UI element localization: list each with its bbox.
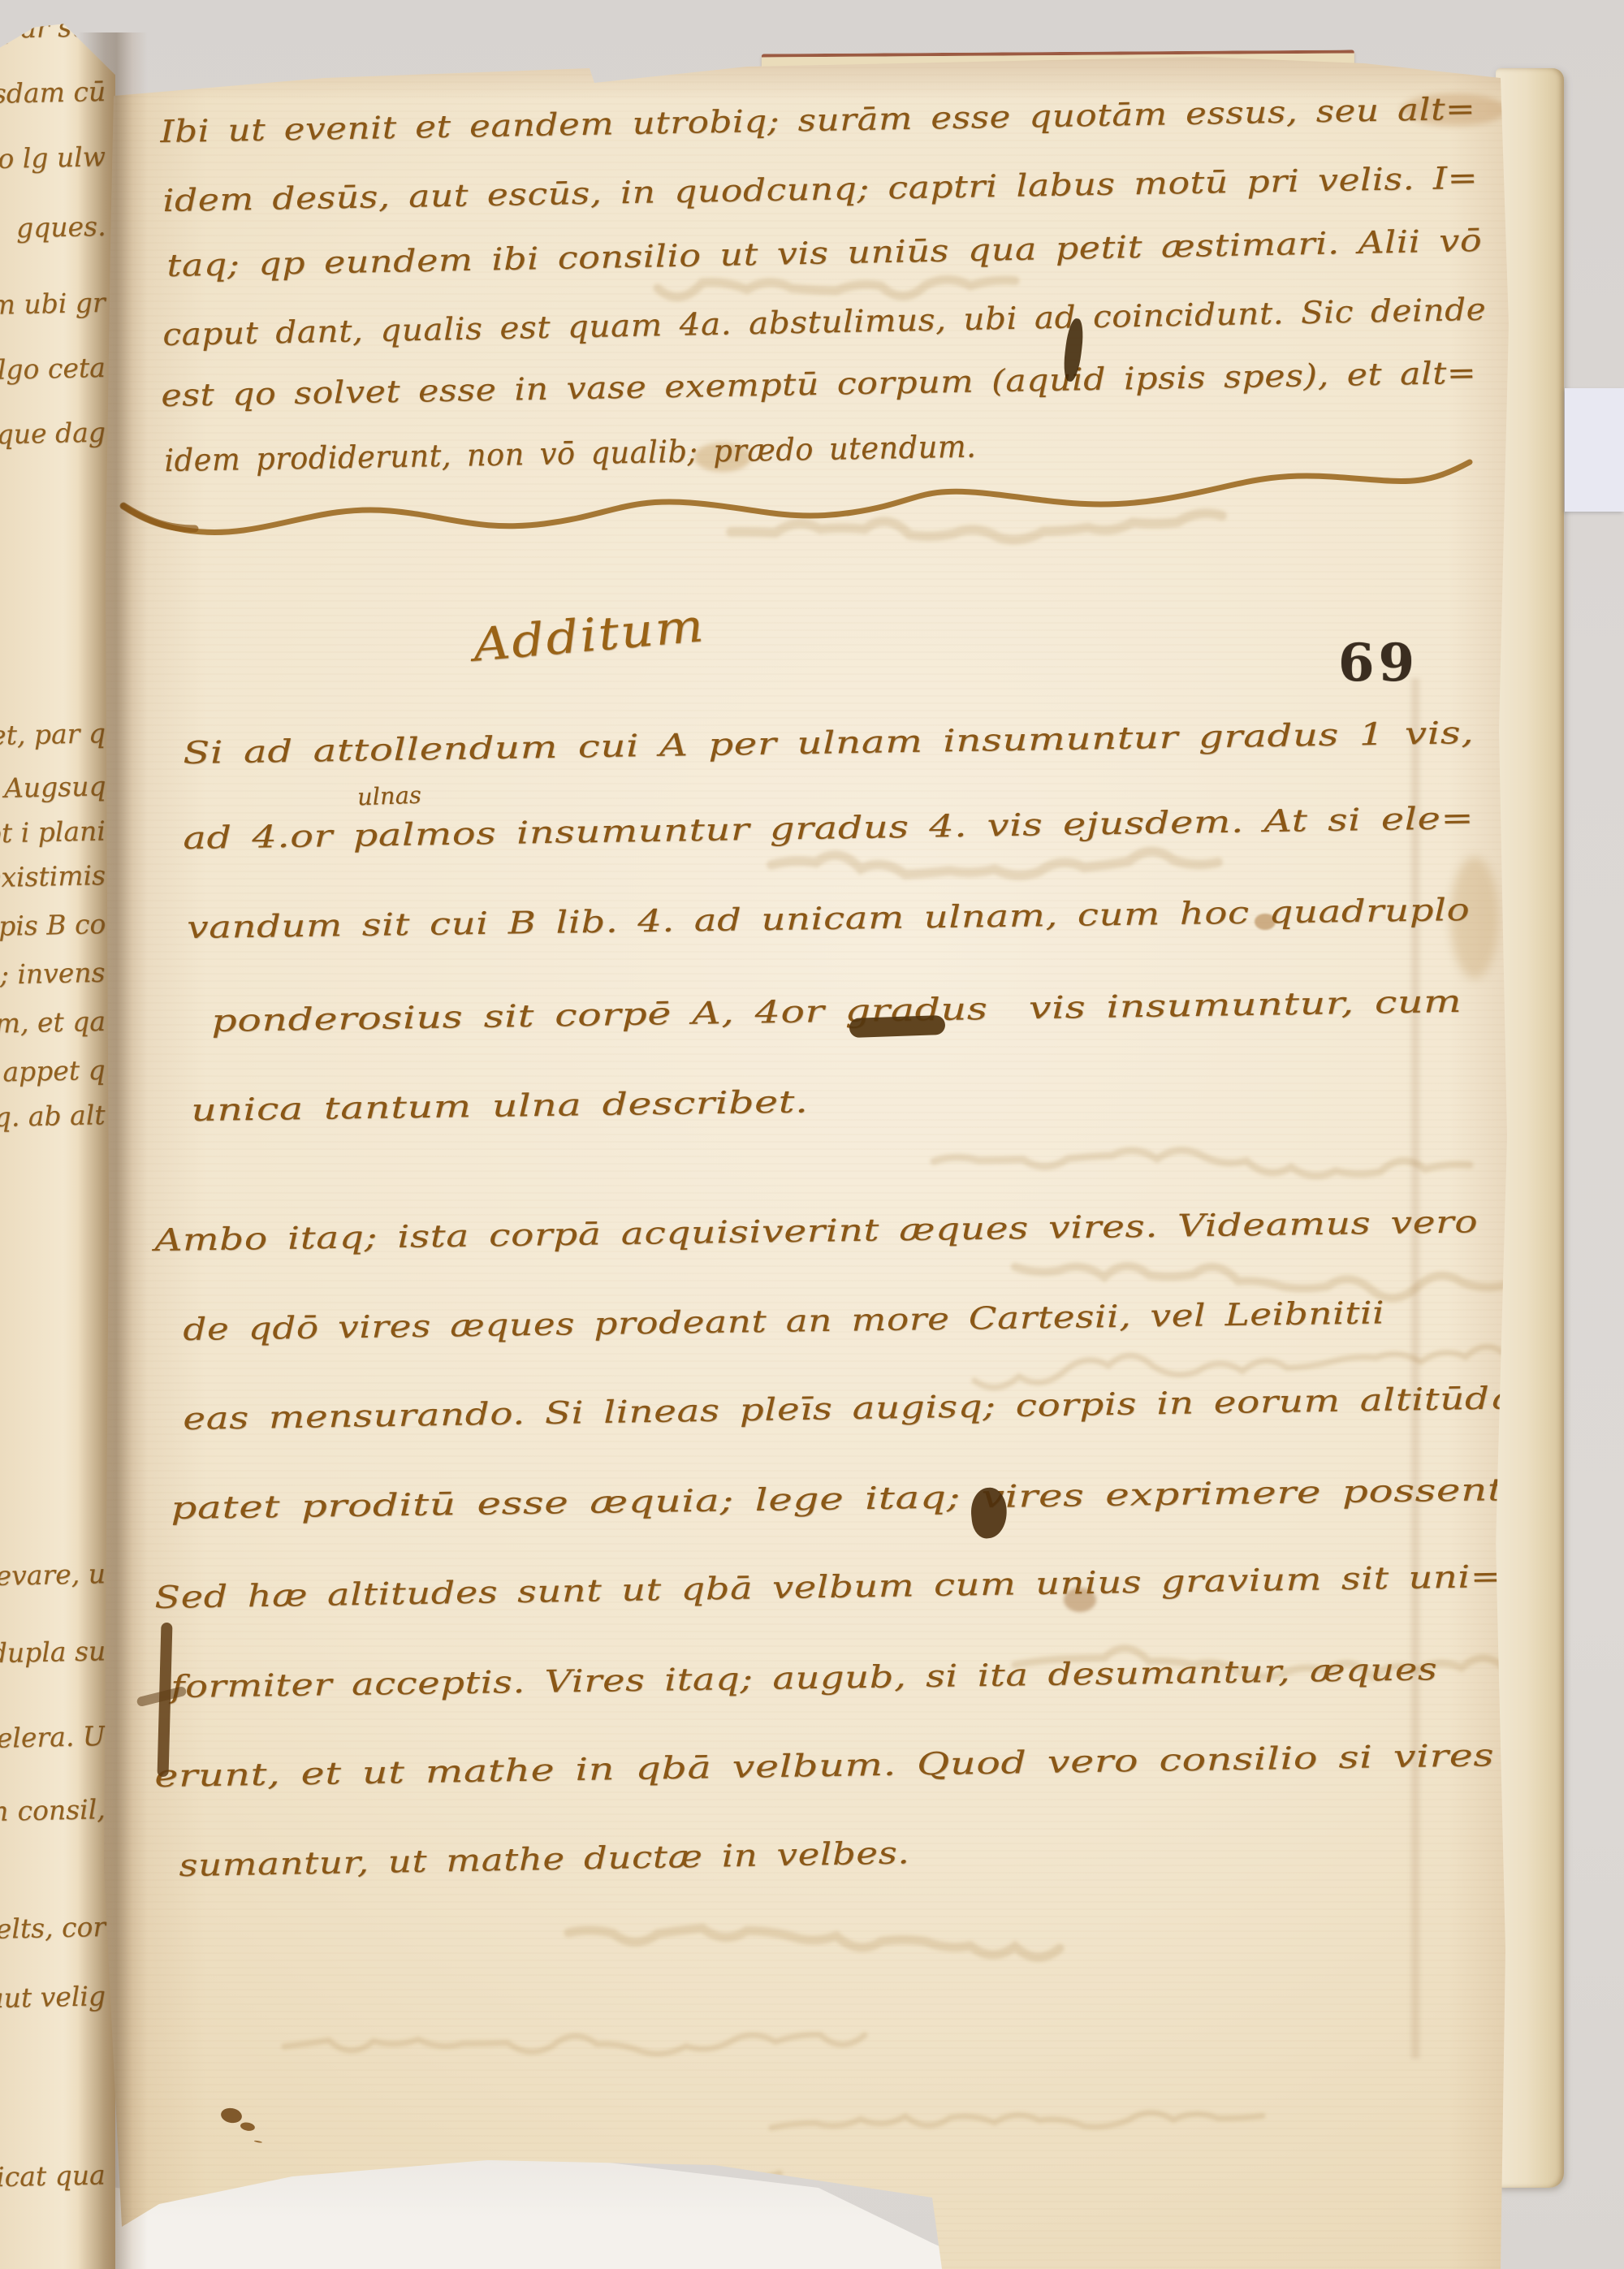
facing-page-line: dicat qua <box>0 2159 106 2193</box>
facing-page-line: a gelgo ceta <box>0 352 106 387</box>
facing-page-line: s devare, u <box>0 1558 106 1593</box>
facing-page-line: ot i plani <box>0 815 106 849</box>
manuscript-line: erunt, et ut mathe in qbā velbum. Quod v… <box>154 1737 1494 1794</box>
manuscript-line: patet proditū esse æquia; lege itaq; vir… <box>171 1472 1518 1526</box>
manuscript-line: Sed hæ altitudes sunt ut qbā velbum cum … <box>154 1558 1502 1615</box>
reference-card <box>1565 388 1624 512</box>
facing-page-line: va selts, cor <box>0 1911 106 1946</box>
facing-page-line: agh consil, <box>0 1793 106 1828</box>
page-number: 69 <box>1338 633 1419 694</box>
manuscript-line: de qdō vires æques prodeant an more Cart… <box>183 1294 1384 1347</box>
facing-page-line: u dupla su <box>0 1635 106 1670</box>
facing-page-line: 4. Augsuq <box>0 770 106 804</box>
facing-page-line: duj par sug <box>0 11 106 45</box>
facing-page-line: inio lg ulw <box>0 140 106 175</box>
manuscript-line: Ambo itaq; ista corpā acquisiverint æque… <box>154 1204 1478 1258</box>
facing-page-line: rocem, et qa <box>0 1005 106 1040</box>
second-paragraph: Ambo itaq; ista corpā acquisiverint æque… <box>89 45 1551 2269</box>
manuscript-line: eas mensurando. Si lineas pleīs augisq; … <box>183 1380 1514 1437</box>
facing-page-line: spet, par q <box>0 717 106 752</box>
manuscript-line: sumantur, ut mathe ductæ in velbes. <box>179 1835 910 1883</box>
facing-page-line: It existimis <box>0 859 106 894</box>
facing-page-line: qbo æque dag <box>0 417 106 452</box>
manuscript-photo: duj par sugd alsdam cūinio lg ulwgques.V… <box>0 0 1624 2269</box>
interlinear-insertion: ulnas <box>356 781 421 811</box>
facing-page-line: nobis; invens <box>0 957 106 992</box>
facing-page-line: Vcum ubi gr <box>0 287 106 322</box>
facing-page-line: corpis B co <box>0 908 106 943</box>
facing-page-line: a. q. ab alt <box>0 1099 106 1134</box>
facing-page-line: in celera. U <box>0 1720 106 1755</box>
facing-page: duj par sugd alsdam cūinio lg ulwgques.V… <box>0 0 115 2269</box>
facing-page-line: x his appet q <box>0 1054 106 1089</box>
facing-page-line: . saut velig <box>0 1980 106 2015</box>
manuscript-line: formiter acceptis. Vires itaq; augub, si… <box>171 1651 1437 1705</box>
facing-page-text: duj par sugd alsdam cūinio lg ulwgques.V… <box>0 0 115 2269</box>
manuscript-page: Ibi ut evenit et eandem utrobiq; surām e… <box>89 45 1551 2269</box>
facing-page-line: d alsdam cū <box>0 76 106 110</box>
facing-page-line: gques. <box>15 210 106 244</box>
